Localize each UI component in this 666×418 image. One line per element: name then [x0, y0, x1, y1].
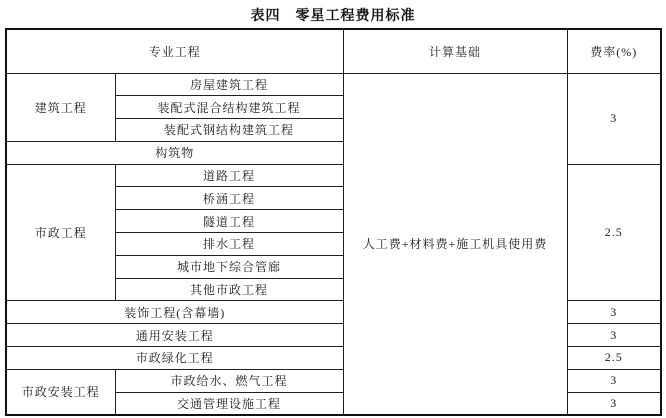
- cell-bridge-culvert-works: 桥涵工程: [115, 187, 343, 210]
- cell-prefab-steel-structure: 装配式钢结构建筑工程: [115, 119, 343, 142]
- rate-decoration: 3: [567, 301, 661, 324]
- cell-traffic-management-facilities: 交通管理设施工程: [115, 392, 343, 415]
- rate-municipal-greening: 2.5: [567, 347, 661, 370]
- rate-municipal: 2.5: [567, 164, 661, 301]
- cell-housing-construction: 房屋建筑工程: [115, 73, 343, 96]
- table-title: 表四 零星工程费用标准: [0, 5, 666, 25]
- group-municipal: 市政工程: [6, 164, 115, 301]
- cell-general-installation: 通用安装工程: [6, 324, 343, 347]
- group-building: 建筑工程: [6, 73, 115, 141]
- header-rate: 费率(%): [567, 29, 661, 73]
- cell-prefab-mixed-structure: 装配式混合结构建筑工程: [115, 96, 343, 119]
- rate-building: 3: [567, 73, 661, 164]
- rate-water-gas: 3: [567, 369, 661, 392]
- rate-traffic-management: 3: [567, 392, 661, 415]
- table-row: 建筑工程 房屋建筑工程 人工费+材料费+施工机具使用费 3: [6, 73, 661, 96]
- cell-drainage-works: 排水工程: [115, 233, 343, 256]
- group-municipal-installation: 市政安装工程: [6, 369, 115, 415]
- rate-general-installation: 3: [567, 324, 661, 347]
- header-row: 专业工程 计算基础 费率(%): [6, 29, 661, 73]
- cell-other-municipal-works: 其他市政工程: [115, 278, 343, 301]
- cell-underground-utility-tunnel: 城市地下综合管廊: [115, 255, 343, 278]
- cell-water-gas-works: 市政给水、燃气工程: [115, 369, 343, 392]
- fee-standard-table: 专业工程 计算基础 费率(%) 建筑工程 房屋建筑工程 人工费+材料费+施工机具…: [5, 28, 662, 416]
- cell-decoration-works: 装饰工程(含幕墙): [6, 301, 343, 324]
- cell-tunnel-works: 隧道工程: [115, 210, 343, 233]
- header-specialty: 专业工程: [6, 29, 343, 73]
- cell-municipal-greening: 市政绿化工程: [6, 347, 343, 370]
- cell-structures: 构筑物: [6, 141, 343, 164]
- header-basis: 计算基础: [343, 29, 567, 73]
- cell-road-works: 道路工程: [115, 164, 343, 187]
- cell-calc-basis: 人工费+材料费+施工机具使用费: [343, 73, 567, 415]
